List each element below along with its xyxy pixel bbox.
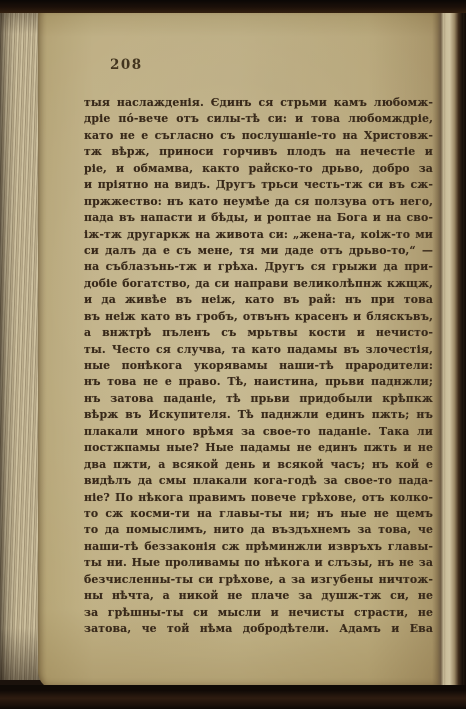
text-line: наши-тѣ беззаконія сж прѣминжли извръхъ … — [84, 539, 433, 555]
text-line: ны нѣчта, а никой не плаче за душж-тж си… — [84, 588, 433, 604]
text-line: два пжти, а всякой день и всякой часъ; н… — [84, 457, 433, 473]
text-line: вѣрж въ Искупителя. Тѣ паднжли единъ пжт… — [84, 407, 433, 423]
text-line: іж-тж другаркж на живота си: „жена-та, к… — [84, 227, 433, 243]
text-line: ріе, и обмамва, както райско-то дрьво, д… — [84, 161, 433, 177]
text-line: затова, че той нѣма добродѣтели. Адамъ и… — [84, 621, 433, 637]
text-line: и пріятно на видъ. Другъ трьси честь-тж … — [84, 177, 433, 193]
text-line: нъ затова паданіе, тѣ прьви придобыли кр… — [84, 391, 433, 407]
text-line: тж вѣрж, приноси горчивъ плодъ на нечест… — [84, 144, 433, 160]
page-number: 208 — [110, 57, 143, 73]
text-line: въ неіж като въ гробъ, отвънъ красенъ и … — [84, 309, 433, 325]
text-line: като не е съгласно съ послушаніе-то на Х… — [84, 128, 433, 144]
book-cover-top-edge — [0, 0, 466, 13]
text-line: ты. Често ся случва, та като падамы въ з… — [84, 342, 433, 358]
book-cover-bottom-edge — [0, 685, 466, 709]
text-line: ты ни. Ные проливамы по нѣкога и слъзы, … — [84, 555, 433, 571]
text-line: добіе богатство, да си направи великолѣп… — [84, 276, 433, 292]
text-line: на съблазънь-тж и грѣха. Другъ ся грыжи … — [84, 259, 433, 275]
text-line: а внжтрѣ пъленъ съ мрьтвы кости и нечист… — [84, 325, 433, 341]
book-photo: 208 тыя наслажденія. Єдинъ ся стрьми кам… — [0, 0, 466, 709]
text-line: нъ това не е право. Тѣ, наистина, прьви … — [84, 374, 433, 390]
text-line: си далъ да е съ мене, тя ми даде отъ дрь… — [84, 243, 433, 259]
text-line: безчисленны-ты си грѣхове, а за изгубены… — [84, 572, 433, 588]
text-line: пада въ напасти и бѣды, и роптае на Бога… — [84, 210, 433, 226]
text-line: тыя наслажденія. Єдинъ ся стрьми камъ лю… — [84, 95, 433, 111]
text-line: за грѣшны-ты си мысли и нечисты страсти,… — [84, 605, 433, 621]
text-line: ніе? По нѣкога правимъ повече грѣхове, о… — [84, 490, 433, 506]
text-line: то да помыслимъ, нито да въздъхнемъ за т… — [84, 522, 433, 538]
text-line: дріе по́-вече отъ силы-тѣ си: и това люб… — [84, 111, 433, 127]
text-line: ные понѣкога укорявамы наши-тѣ прародите… — [84, 358, 433, 374]
text-line: пржжество: нъ като неумѣе да ся ползува … — [84, 194, 433, 210]
text-line: то сж косми-ти на главы-ты ни; нъ ные не… — [84, 506, 433, 522]
text-line: видѣлъ да смы плакали кога-годѣ за свое-… — [84, 473, 433, 489]
text-line: и да живѣе въ неіж, като въ рай: нъ при … — [84, 292, 433, 308]
text-line: плакали много врѣмя за свое-то паданіе. … — [84, 424, 433, 440]
text-line: постжпамы ные? Ные падамы не единъ пжть … — [84, 440, 433, 456]
body-text: тыя наслажденія. Єдинъ ся стрьми камъ лю… — [84, 95, 433, 637]
